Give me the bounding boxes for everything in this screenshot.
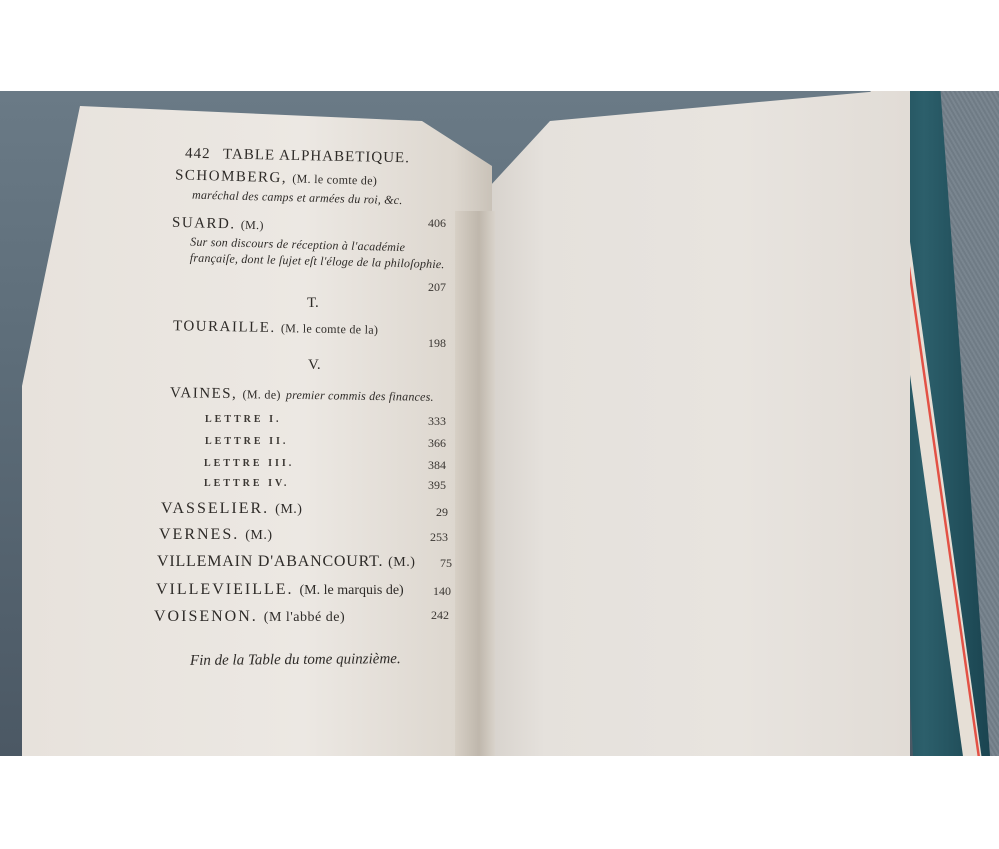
entry-detail: (M.) <box>241 218 264 233</box>
entry-page: 29 <box>436 505 448 520</box>
entry-name: SUARD. <box>172 215 236 233</box>
section-heading-t: T. <box>307 295 319 312</box>
entry-name: VASSELIER. <box>161 500 269 517</box>
lettre-row: LETTRE I. <box>205 414 281 425</box>
entry-name: VOISENON. <box>154 608 258 625</box>
entry-detail: (M. de) <box>242 387 280 402</box>
lettre-page: 366 <box>428 436 446 451</box>
entry-page: 207 <box>428 280 446 295</box>
book-gutter <box>455 211 495 756</box>
entry-touraille: TOURAILLE. (M. le comte de la) <box>173 318 378 339</box>
entry-name: VILLEMAIN D'ABANCOURT. <box>157 553 383 570</box>
entry-page: 140 <box>433 584 451 599</box>
lettre-row: LETTRE II. <box>205 436 288 447</box>
entry-voisenon: VOISENON. (M l'abbé de) <box>154 608 345 626</box>
lettre-page: 395 <box>428 478 446 493</box>
lettre-page: 384 <box>428 458 446 473</box>
entry-page: 198 <box>428 336 446 351</box>
entry-page: 242 <box>431 608 449 623</box>
lettre-row: LETTRE IV. <box>204 478 289 489</box>
entry-detail: (M. le comte de) <box>292 171 377 187</box>
entry-vernes: VERNES. (M.) <box>159 526 273 544</box>
entry-name: SCHOMBERG, <box>175 167 287 186</box>
entry-name: VAINES, <box>170 385 238 402</box>
running-head-title: TABLE ALPHABETIQUE. <box>223 146 410 166</box>
entry-page: 253 <box>430 530 448 545</box>
entry-villevieille: VILLEVIEILLE. (M. le marquis de) <box>156 581 404 599</box>
lettre-row: LETTRE III. <box>204 458 294 469</box>
entry-detail: (M.) <box>388 555 415 570</box>
entry-note: premier commis des finances. <box>286 388 434 404</box>
entry-name: VILLEVIEILLE. <box>156 581 294 598</box>
page-number: 442 <box>185 146 211 163</box>
entry-name: TOURAILLE. <box>173 318 276 336</box>
entry-page: 406 <box>428 216 446 231</box>
book-photo <box>0 91 999 756</box>
lettre-page: 333 <box>428 414 446 429</box>
entry-detail: (M.) <box>245 528 272 543</box>
entry-vasselier: VASSELIER. (M.) <box>161 500 302 518</box>
entry-detail: (M. le comte de la) <box>281 321 379 337</box>
section-heading-v: V. <box>308 357 321 374</box>
right-page-blank <box>480 91 910 756</box>
entry-detail: (M. le marquis de) <box>300 583 404 598</box>
entry-suard: SUARD. (M.) <box>172 215 264 234</box>
entry-detail: (M.) <box>275 502 302 517</box>
entry-villemain: VILLEMAIN D'ABANCOURT. (M.) <box>157 553 415 571</box>
closing-line: Fin de la Table du tome quinzième. <box>190 651 401 670</box>
entry-page: 75 <box>440 556 452 571</box>
entry-name: VERNES. <box>159 526 239 543</box>
entry-detail: (M l'abbé de) <box>264 610 345 625</box>
